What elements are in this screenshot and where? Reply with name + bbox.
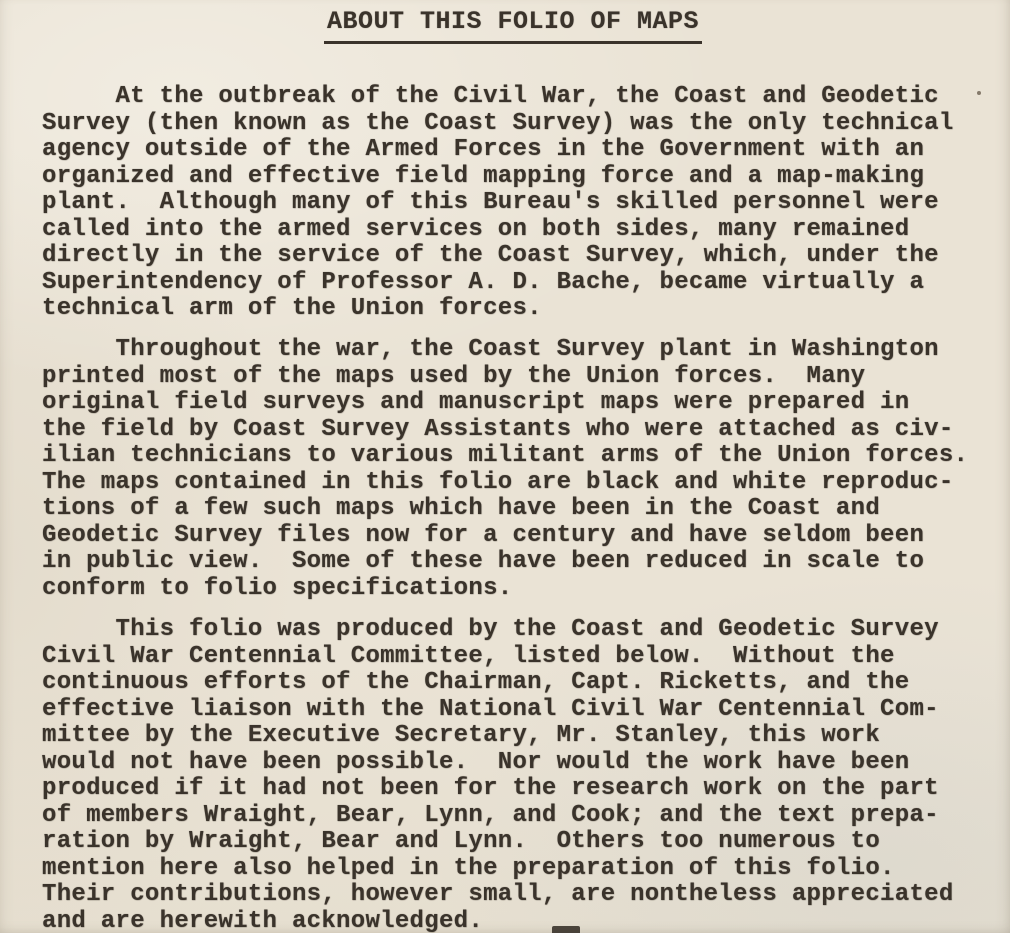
- paragraph-maps-in-folio: Throughout the war, the Coast Survey pla…: [42, 337, 968, 602]
- page-title: ABOUT THIS FOLIO OF MAPS: [8, 7, 1010, 44]
- cropped-page-number-mark: [552, 926, 580, 933]
- paragraph-acknowledgements: This folio was produced by the Coast and…: [42, 617, 954, 933]
- paper-speck: [977, 91, 981, 95]
- scanned-document-page: ABOUT THIS FOLIO OF MAPS At the outbreak…: [0, 0, 1010, 933]
- paragraph-about-coast-survey: At the outbreak of the Civil War, the Co…: [42, 84, 954, 323]
- page-title-text: ABOUT THIS FOLIO OF MAPS: [324, 7, 702, 44]
